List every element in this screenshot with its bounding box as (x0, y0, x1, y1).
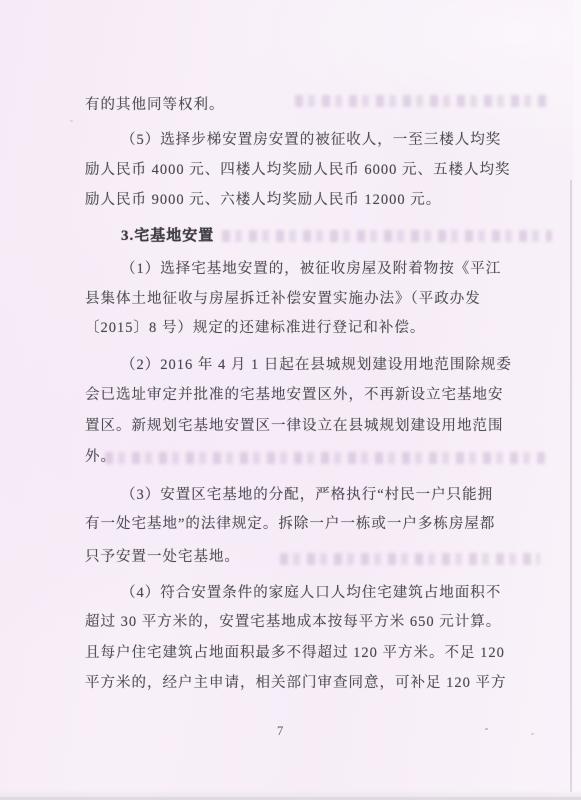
paper-background: 有的其他同等权利。 （5）选择步梯安置房安置的被征收人，一至三楼人均奖 励人民币… (0, 0, 581, 800)
text-line: 只予安置一处宅基地。 (85, 548, 240, 567)
text-line: 平方米的，经户主申请，相关部门审查同意，可补足 120 平方 (85, 674, 507, 693)
scanned-document-page: { "document": { "lines": [ {"text": "有的其… (0, 0, 581, 800)
text-line: 有一处宅基地”的法律规定。拆除一户一栋或一户多栋房屋都 (85, 515, 495, 534)
paper-right-edge-highlight (573, 0, 581, 800)
text-line: 县集体土地征收与房屋拆迁补偿安置实施办法》（平政办发 (85, 290, 481, 309)
text-line: 置区。新规划宅基地安置区一律设立在县城规划建设用地范围 (85, 417, 504, 436)
scan-speck (70, 120, 73, 122)
text-line: （4）符合安置条件的家庭人口人均住宅建筑占地面积不 (121, 584, 501, 603)
text-line: （1）选择宅基地安置的，被征收房屋及附着物按《平江 (121, 260, 501, 279)
text-line: 励人民币 4000 元、四楼人均奖励人民币 6000 元、五楼人均奖 (85, 161, 511, 180)
scan-speck (531, 733, 534, 735)
scan-speck (485, 728, 488, 730)
text-line: 超过 30 平方米的，安置宅基地成本按每平方米 650 元计算。 (85, 613, 501, 632)
text-line: 有的其他同等权利。 (85, 96, 225, 115)
text-line: 励人民币 9000 元、六楼人均奖励人民币 12000 元。 (85, 191, 441, 210)
text-line: （5）选择步梯安置房安置的被征收人，一至三楼人均奖 (121, 131, 501, 150)
bleedthrough-text-line (280, 553, 540, 565)
paper-right-edge-fold-line (570, 180, 572, 792)
bleedthrough-text-line (222, 230, 552, 242)
text-line: 外。 (85, 448, 116, 467)
text-line: （2）2016 年 4 月 1 日起在县城规划建设用地范围除规委 (121, 356, 512, 375)
page-number: 7 (277, 724, 284, 739)
bleedthrough-text-line (105, 452, 550, 464)
text-line: 且每户住宅建筑占地面积最多不得超过 120 平方米。不足 120 (85, 644, 505, 663)
text-line: （3）安置区宅基地的分配，严格执行“村民一户只能拥 (121, 486, 493, 505)
text-line: 〔2015〕8 号）规定的还建标准进行登记和补偿。 (85, 319, 425, 338)
text-line: 会已选址审定并批准的宅基地安置区外，不再新设立宅基地安 (85, 386, 504, 405)
bleedthrough-text-line (295, 95, 550, 107)
section-heading: 3.宅基地安置 (121, 227, 214, 246)
